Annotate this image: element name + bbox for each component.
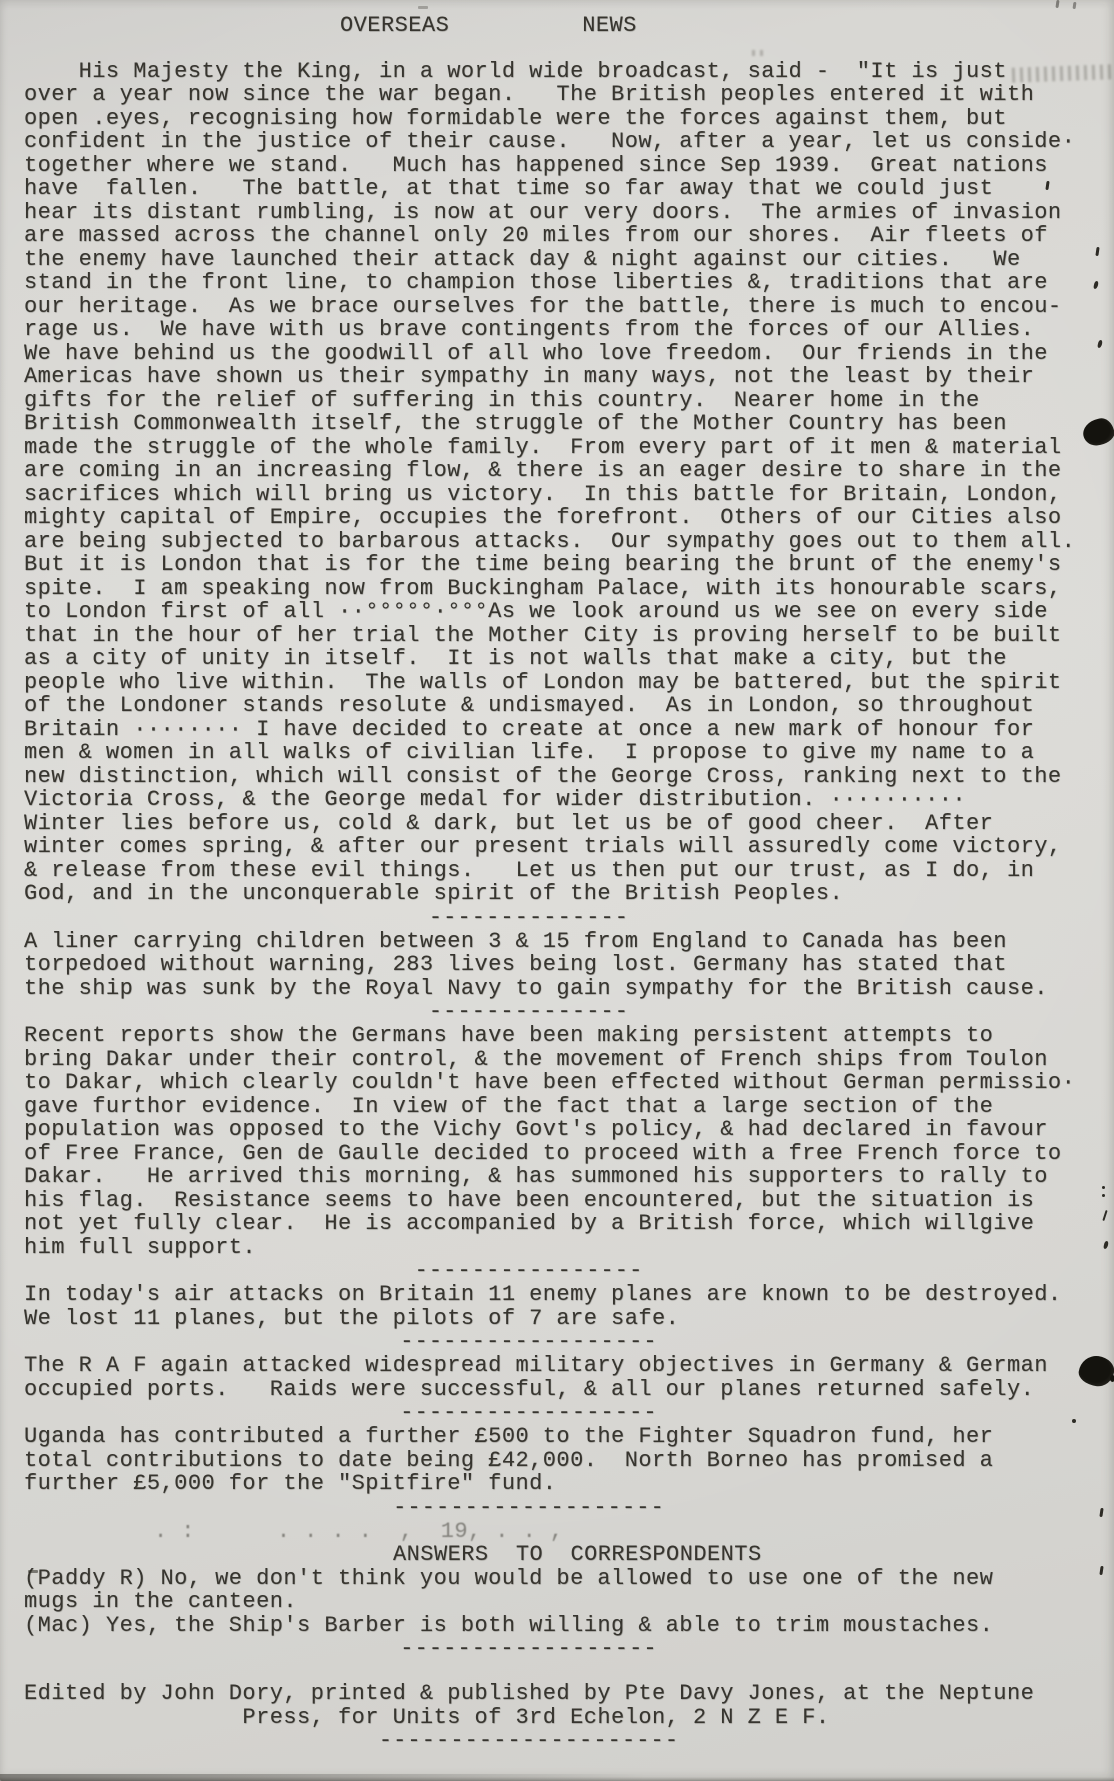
- ink-blot-satellite: [1110, 1375, 1114, 1382]
- paragraph-kings-speech: His Majesty the King, in a world wide br…: [24, 60, 1090, 906]
- masthead-title-news: NEWS: [582, 14, 637, 38]
- paragraph-spitfire-fund: Uganda has contributed a further £500 to…: [24, 1425, 1090, 1496]
- typewritten-content: OVERSEAS NEWS His Majesty the King, in a…: [24, 14, 1090, 1753]
- dashed-separator: ---------------------: [0, 1730, 1062, 1752]
- document-body: His Majesty the King, in a world wide br…: [24, 60, 1090, 1753]
- dashed-separator: ------------------: [0, 1331, 1062, 1353]
- dashed-separator: ----------------: [0, 1260, 1062, 1282]
- ink-speck: [1055, 0, 1059, 8]
- masthead-title-overseas: OVERSEAS: [340, 14, 449, 38]
- ink-speck: [1102, 1186, 1105, 1189]
- ink-speck: [1099, 1508, 1103, 1517]
- dashed-separator: ------------------: [0, 1402, 1062, 1424]
- paragraph-liner-torpedoed: A liner carrying children between 3 & 15…: [24, 930, 1090, 1001]
- scan-edge-shadow: [0, 1774, 646, 1781]
- paragraph-air-attacks: In today's air attacks on Britain 11 ene…: [24, 1283, 1090, 1330]
- ink-speck: [1093, 281, 1099, 290]
- ink-speck: [1103, 1241, 1109, 1250]
- ink-speck: [1099, 1566, 1103, 1575]
- ink-speck: [418, 6, 428, 9]
- scanned-newsletter-page: OVERSEAS NEWS His Majesty the King, in a…: [0, 0, 1114, 1781]
- ink-speck: [1072, 1419, 1076, 1423]
- ink-speck: [28, 1570, 38, 1573]
- paragraph-answers-to-correspondents: (Paddy R) No, we don't think you would b…: [24, 1567, 1090, 1638]
- dashed-separator: --------------: [0, 907, 1062, 929]
- faint-smudge-text: . : . . . . , 19, . . ,: [24, 1520, 1090, 1544]
- faint-offset-smudge: [752, 50, 768, 56]
- paragraph-dakar-operation: Recent reports show the Germans have bee…: [24, 1024, 1090, 1259]
- masthead: OVERSEAS NEWS: [24, 14, 1090, 38]
- paragraph-raf-raids: The R A F again attacked widespread mili…: [24, 1354, 1090, 1401]
- paragraph-imprint: Edited by John Dory, printed & published…: [24, 1682, 1090, 1729]
- faint-offset-smudge: [1012, 64, 1112, 82]
- dashed-separator: --------------: [0, 1001, 1062, 1023]
- ink-speck: [1095, 247, 1099, 256]
- ink-speck: [1102, 1210, 1107, 1221]
- ink-speck: [1073, 2, 1077, 9]
- dashed-separator: ------------------: [0, 1638, 1062, 1660]
- ink-speck: [1097, 340, 1103, 349]
- dashed-separator: -------------------: [0, 1497, 1062, 1519]
- section-heading: ANSWERS TO CORRESPONDENTS: [24, 1543, 1090, 1567]
